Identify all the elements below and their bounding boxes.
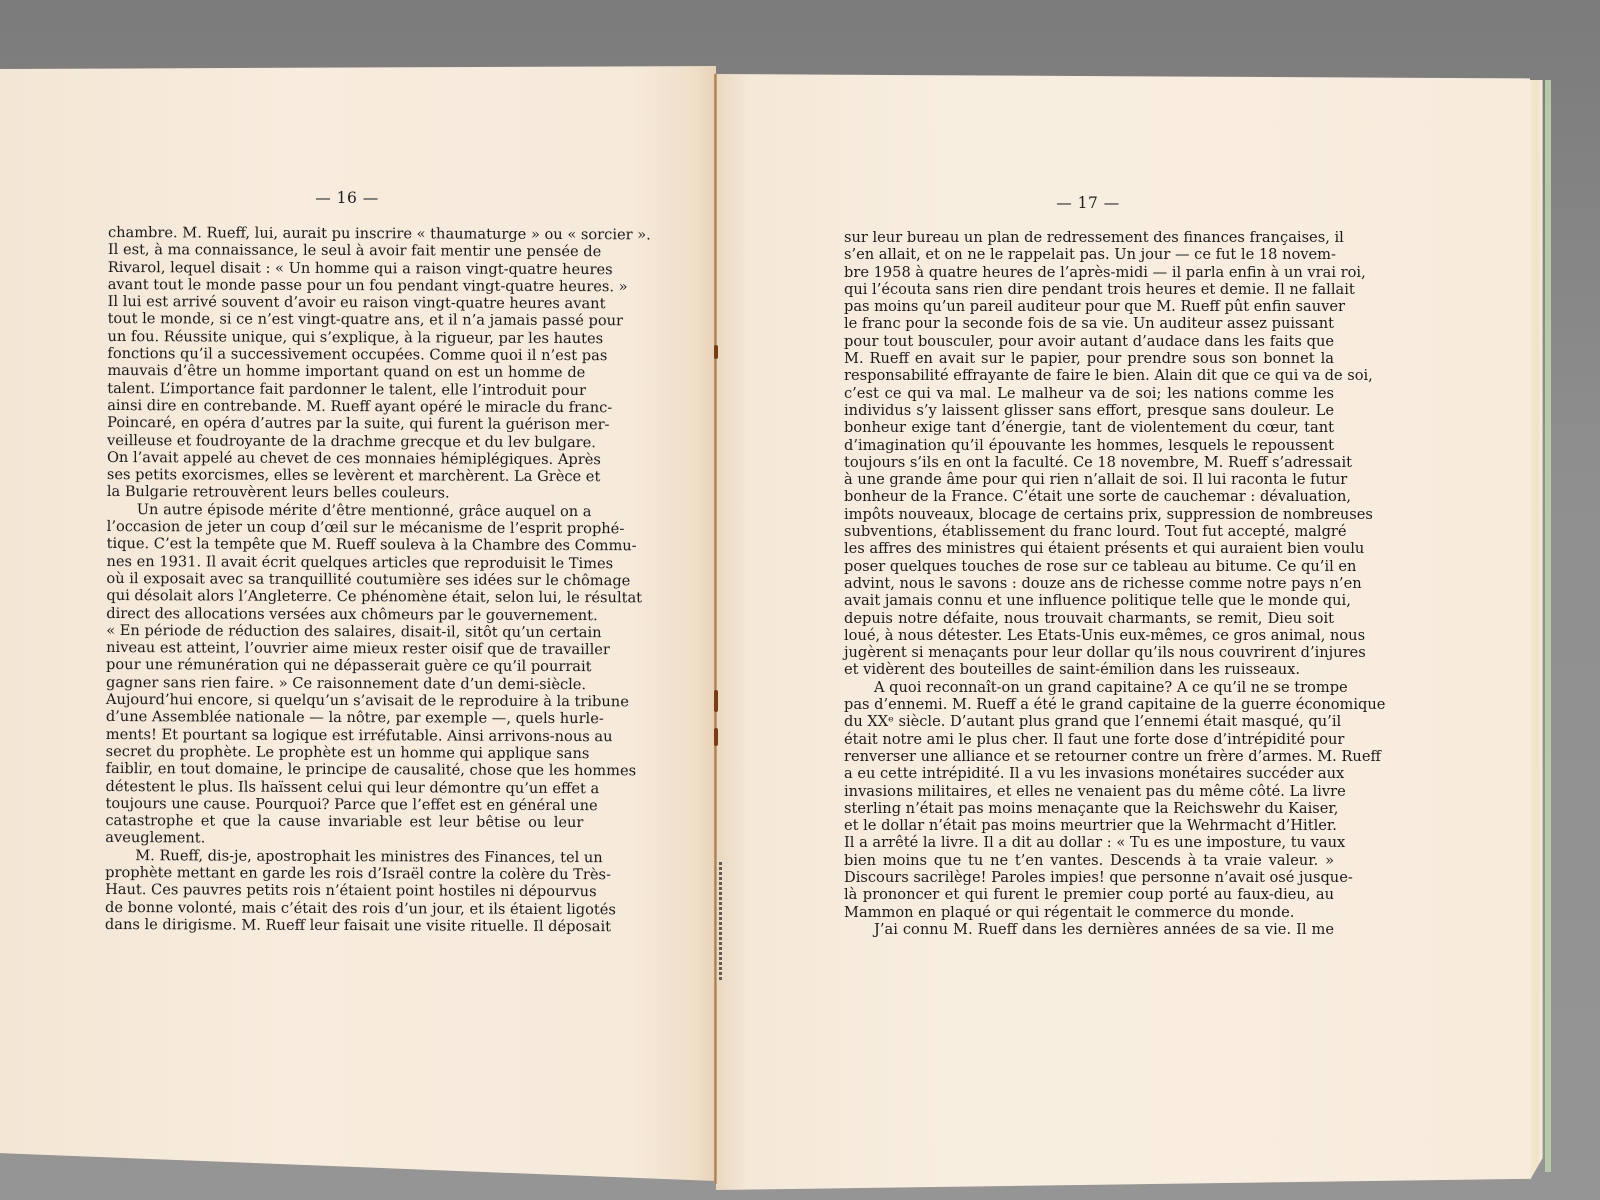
text-line: veilleuse et foudroyante de la drachme g… [107,432,585,451]
text-line: pour une rémunération qui ne dépasserait… [106,656,584,675]
text-line: Haut. Ces pauvres petits rois n’étaient … [105,881,583,900]
text-line: Rivarol, lequel disait : « Un homme qui … [108,259,586,278]
text-line: où il exposait avec sa tranquillité cout… [106,570,584,589]
paragraph-start-line: J’ai connu M. Rueff dans les dernières a… [844,921,1334,938]
text-line: et le dollar n’était pas moins meurtrier… [844,817,1334,834]
text-line: dans le dirigisme. M. Rueff leur faisait… [105,916,583,935]
text-line: toujours s’ils en ont la faculté. Ce 18 … [844,454,1334,471]
text-line: M. Rueff en avait sur le papier, pour pr… [844,350,1334,367]
text-line: ainsi dire en contrebande. M. Rueff ayan… [107,397,585,416]
text-line: d’une Assemblée nationale — la nôtre, pa… [106,708,584,727]
text-line: Poincaré, en opéra d’autres par la suite… [107,414,585,433]
text-line: Aujourd’hui encore, si quelqu’un s’avisa… [106,691,584,710]
spine-imprint-text [719,862,722,982]
text-line: de bonne volonté, mais c’était des rois … [105,899,583,918]
text-line: les affres des ministres qui étaient pré… [844,540,1334,557]
text-line: pas d’ennemi. M. Rueff a été le grand ca… [844,696,1334,713]
text-line: aveuglement. [105,829,583,848]
text-line: invasions militaires, et elles ne venaie… [844,783,1334,800]
text-line: faiblir, en tout domaine, le principe de… [106,760,584,779]
text-line: bonheur exige tant d’énergie, tant de vi… [844,419,1334,436]
text-line: ments! Et pourtant sa logique est irréfu… [106,726,584,745]
text-line: Discours sacrilège! Paroles impies! que … [844,869,1334,886]
text-line: On l’avait appelé au chevet de ces monna… [107,449,585,468]
spine-stain [714,728,718,746]
text-line: fonctions qu’il a successivement occupée… [107,345,585,364]
text-line: s’en allait, et on ne le rappelait pas. … [844,246,1334,263]
text-line: du XXᵉ siècle. D’autant plus grand que l… [844,713,1334,730]
text-line: nes en 1931. Il avait écrit quelques art… [106,553,584,572]
text-line: l’occasion de jeter un coup d’œil sur le… [107,518,585,537]
text-line: mauvais d’être un homme important quand … [107,362,585,381]
text-line: secret du prophète. Le prophète est un h… [106,743,584,762]
text-line: Mammon en plaqué or qui régentait le com… [844,904,1334,921]
text-line: bre 1958 à quatre heures de l’après-midi… [844,264,1334,281]
text-line: là prononcer et qui furent le premier co… [844,886,1334,903]
text-line: depuis notre défaite, nous trouvait char… [844,610,1334,627]
text-line: chambre. M. Rueff, lui, aurait pu inscri… [108,224,586,243]
text-line: catastrophe et que la cause invariable e… [105,812,583,831]
book-spine-gutter [714,74,717,1184]
text-line: et vidèrent des bouteilles de saint-émil… [844,661,1334,678]
paragraph-start-line: M. Rueff, dis-je, apostrophait les minis… [105,847,583,866]
text-line: tique. C’est la tempête que M. Rueff sou… [107,535,585,554]
text-line: sur leur bureau un plan de redressement … [844,229,1334,246]
paragraph-start-line: Un autre épisode mérite d’être mentionné… [107,501,585,520]
text-line: avant tout le monde passe pour un fou pe… [108,276,586,295]
text-line: pas moins qu’un pareil auditeur pour que… [844,298,1334,315]
text-line: d’imagination qu’il épouvante les hommes… [844,437,1334,454]
text-line: était notre ami le plus cher. Il faut un… [844,731,1334,748]
text-line: bien moins que tu ne t’en vantes. Descen… [844,852,1334,869]
text-line: qui désolait alors l’Angleterre. Ce phén… [106,587,584,606]
text-line: jugèrent si menaçants pour leur dollar q… [844,644,1334,661]
text-line: le franc pour la seconde fois de sa vie.… [844,315,1334,332]
text-line: un fou. Réussite unique, qui s’explique,… [107,328,585,347]
spine-stain [714,690,718,712]
text-line: a eu cette intrépidité. Il a vu les inva… [844,765,1334,782]
text-line: talent. L’importance fait pardonner le t… [107,380,585,399]
text-line: advint, nous le savons : douze ans de ri… [844,575,1334,592]
text-line: la Bulgarie retrouvèrent leurs belles co… [107,483,585,502]
left-page-text: chambre. M. Rueff, lui, aurait pu inscri… [105,224,586,935]
text-line: toujours une cause. Pourquoi? Parce que … [105,795,583,814]
text-line: responsabilité effrayante de faire le bi… [844,367,1334,384]
right-page-text: sur leur bureau un plan de redressement … [844,229,1334,938]
text-line: à une grande âme pour qui rien n’allait … [844,471,1334,488]
text-line: loué, à nous détester. Les Etats-Unis eu… [844,627,1334,644]
text-line: ses petits exorcismes, elles se levèrent… [107,466,585,485]
text-line: détestent le plus. Ils haïssent celui qu… [106,777,584,796]
text-line: tout le monde, si ce n’est vingt-quatre … [108,310,586,329]
text-line: renverser une alliance et se retourner c… [844,748,1334,765]
text-line: niveau est atteint, l’ouvrier aime mieux… [106,639,584,658]
text-line: direct des allocations versées aux chôme… [106,605,584,624]
text-line: Il est, à ma connaissance, le seul à avo… [108,241,586,260]
text-line: bonheur de la France. C’était une sorte … [844,488,1334,505]
text-line: individus s’y laissent glisser sans effo… [844,402,1334,419]
text-line: impôts nouveaux, blocage de certains pri… [844,506,1334,523]
text-line: « En période de réduction des salaires, … [106,622,584,641]
text-line: qui l’écouta sans rien dire pendant troi… [844,281,1334,298]
green-cover-edge [1545,80,1551,1172]
paragraph-start-line: A quoi reconnaît-on un grand capitaine? … [844,679,1334,696]
page-number-left: — 16 — [315,189,379,207]
text-line: poser quelques touches de rose sur ce ta… [844,558,1334,575]
spine-stain [714,345,718,359]
text-line: c’est ce qui va mal. Le malheur va de so… [844,385,1334,402]
text-line: avait jamais connu et une influence poli… [844,592,1334,609]
text-line: sterling n’était pas moins menaçante que… [844,800,1334,817]
text-line: prophète mettant en garde les rois d’Isr… [105,864,583,883]
text-line: pour tout bousculer, pour avoir autant d… [844,333,1334,350]
text-line: gagner sans rien faire. » Ce raisonnemen… [106,674,584,693]
text-line: Il lui est arrivé souvent d’avoir eu rai… [108,293,586,312]
text-line: Il a arrêté la livre. Il a dit au dollar… [844,834,1334,851]
page-number-right: — 17 — [1056,194,1120,212]
text-line: subventions, établissement du franc lour… [844,523,1334,540]
